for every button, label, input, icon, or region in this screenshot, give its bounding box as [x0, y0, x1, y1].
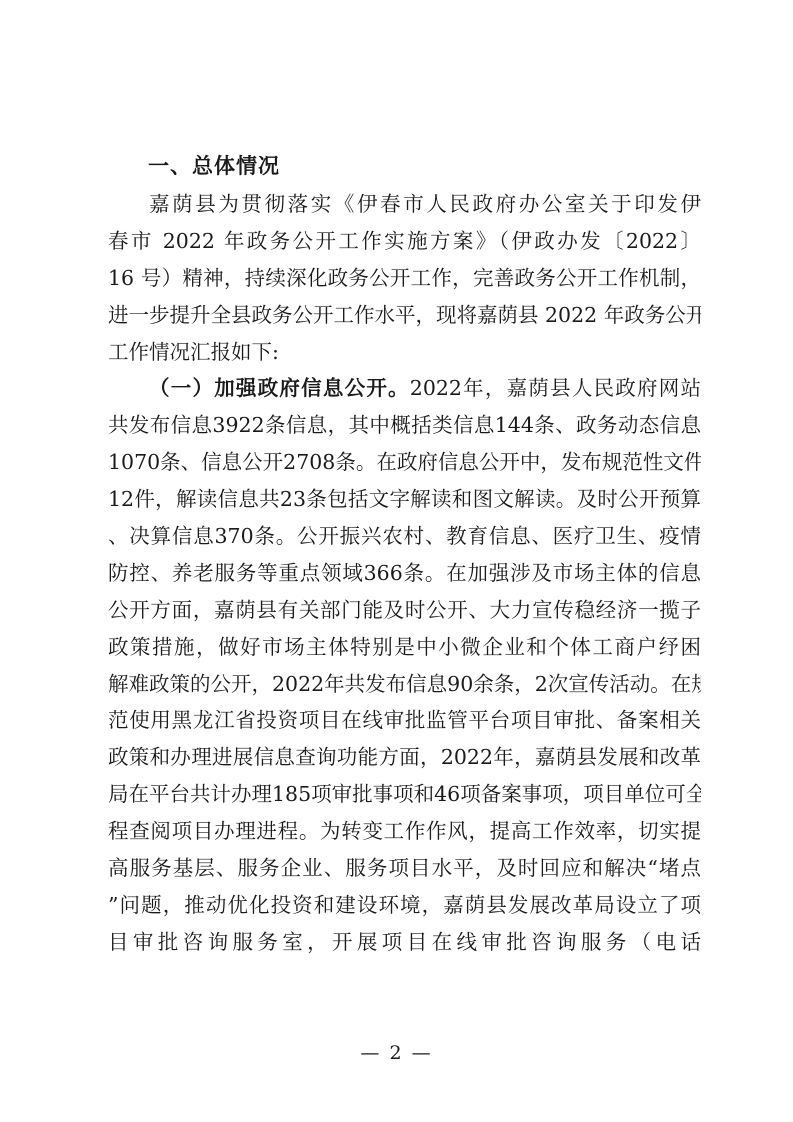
section-heading: 一、总体情况 [148, 150, 280, 180]
text-line: 进一步提升全县政务公开工作水平，现将嘉荫县 2022 年政务公开 [108, 297, 701, 334]
text-line: 程查阅项目办理进程。为转变工作作风，提高工作效率，切实提 [108, 813, 701, 850]
text-line: 范使用黑龙江省投资项目在线审批监管平台项目审批、备案相关 [108, 702, 701, 739]
text-line: 春市 2022 年政务公开工作实施方案》（伊政办发〔2022〕 [108, 223, 701, 260]
text-line: 共发布信息3922条信息，其中概括类信息144条、政务动态信息 [108, 407, 701, 444]
text-line: 政策和办理进展信息查询功能方面，2022年，嘉荫县发展和改革 [108, 739, 701, 776]
text-line: 1070条、信息公开2708条。在政府信息公开中，发布规范性文件 [108, 444, 701, 481]
text-line: 、决算信息370条。公开振兴农村、教育信息、医疗卫生、疫情 [108, 518, 701, 555]
page-number: — 2 — [0, 1042, 793, 1064]
text-line: 公开方面，嘉荫县有关部门能及时公开、大力宣传稳经济一揽子 [108, 592, 701, 629]
text-line: 目审批咨询服务室，开展项目在线审批咨询服务（电话 [108, 924, 701, 961]
body-paragraphs: 嘉荫县为贯彻落实《伊春市人民政府办公室关于印发伊 春市 2022 年政务公开工作… [108, 186, 701, 961]
text-line: 16 号）精神，持续深化政务公开工作，完善政务公开工作机制， [108, 260, 701, 297]
text-line: 高服务基层、服务企业、服务项目水平，及时回应和解决“堵点 [108, 850, 701, 887]
subsection-title: （一）加强政府信息公开。 [149, 376, 410, 400]
text-line: 政策措施，做好市场主体特别是中小微企业和个体工商户纾困 [108, 629, 701, 666]
text-line: 防控、养老服务等重点领域366条。在加强涉及市场主体的信息 [108, 555, 701, 592]
text-line: 局在平台共计办理185项审批事项和46项备案事项，项目单位可全 [108, 776, 701, 813]
text-line: 嘉荫县为贯彻落实《伊春市人民政府办公室关于印发伊 [108, 186, 701, 223]
text-line: ”问题，推动优化投资和建设环境，嘉荫县发展改革局设立了项 [108, 887, 701, 924]
text-line: 12件，解读信息共23条包括文字解读和图文解读。及时公开预算 [108, 481, 701, 518]
text-line: 工作情况汇报如下: [108, 334, 701, 371]
document-page: 一、总体情况 嘉荫县为贯彻落实《伊春市人民政府办公室关于印发伊 春市 2022 … [0, 0, 793, 1122]
subsection-line: （一）加强政府信息公开。2022年，嘉荫县人民政府网站 [108, 370, 701, 407]
text-line: 解难政策的公开，2022年共发布信息90余条，2次宣传活动。在规 [108, 666, 701, 703]
